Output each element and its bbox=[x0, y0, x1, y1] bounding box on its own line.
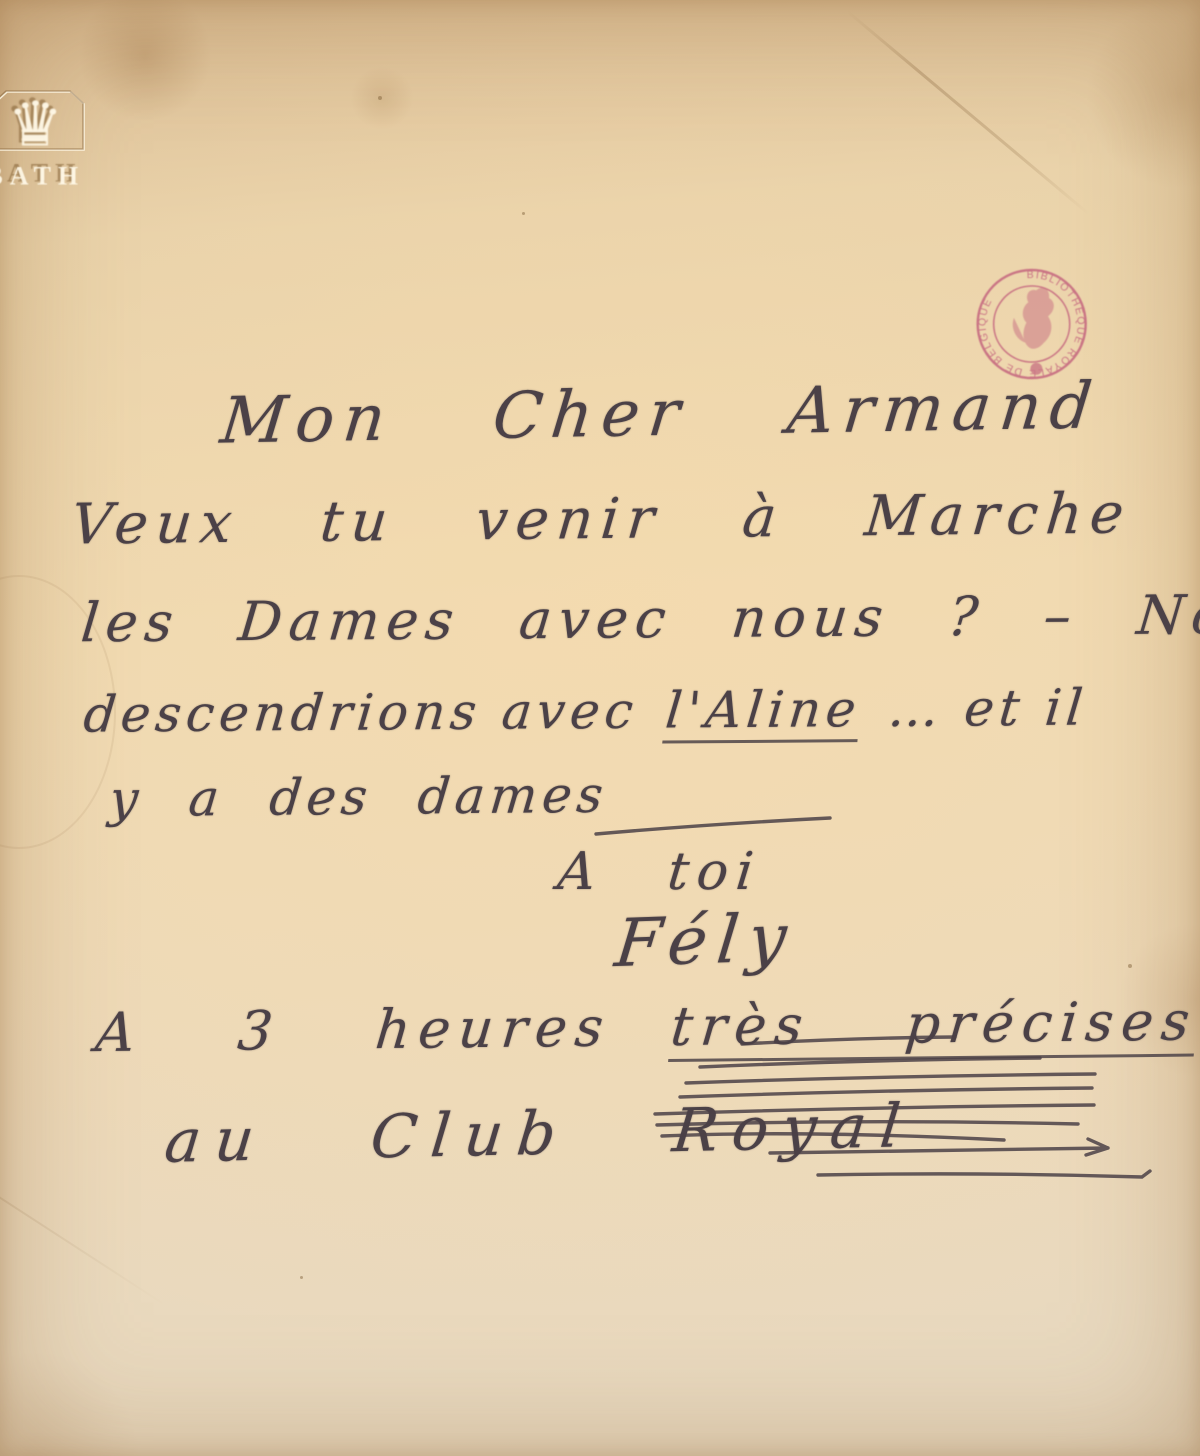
embossed-stamp-text: BATH bbox=[0, 160, 84, 190]
body-line-1: Veux tu venir à Marche bbox=[69, 486, 1134, 553]
postscript-emphasis: très précises bbox=[668, 995, 1200, 1063]
body-line-3: descendrions avecl'Aline… et il bbox=[81, 682, 1118, 747]
boat-name-underlined: l'Aline bbox=[663, 684, 863, 743]
embossed-stamp: ♛ BATH bbox=[0, 78, 104, 198]
body-line-2: les Dames avec nous ? – Nous bbox=[79, 588, 1200, 651]
postscript-line-1: A 3 heurestrès précises bbox=[92, 994, 1200, 1068]
foxing-speck bbox=[1128, 964, 1132, 968]
postscript-line-2: au Club Royal bbox=[162, 1096, 917, 1172]
salutation: Mon Cher Armand bbox=[218, 374, 1104, 453]
signature: Fély bbox=[612, 905, 799, 977]
crown-icon: ♛ bbox=[6, 86, 62, 159]
lion-emblem bbox=[1009, 287, 1058, 351]
postscript-time: A 3 heures bbox=[93, 1001, 613, 1060]
foxing-speck bbox=[378, 96, 382, 100]
body-line-4: y a des dames bbox=[107, 770, 610, 824]
foxing-speck bbox=[522, 212, 525, 215]
body-line-3-post: … et il bbox=[886, 683, 1089, 734]
closing: A toi bbox=[555, 846, 763, 898]
body-line-3-pre: descendrions avec bbox=[82, 686, 641, 740]
foxing-speck bbox=[300, 1276, 303, 1279]
